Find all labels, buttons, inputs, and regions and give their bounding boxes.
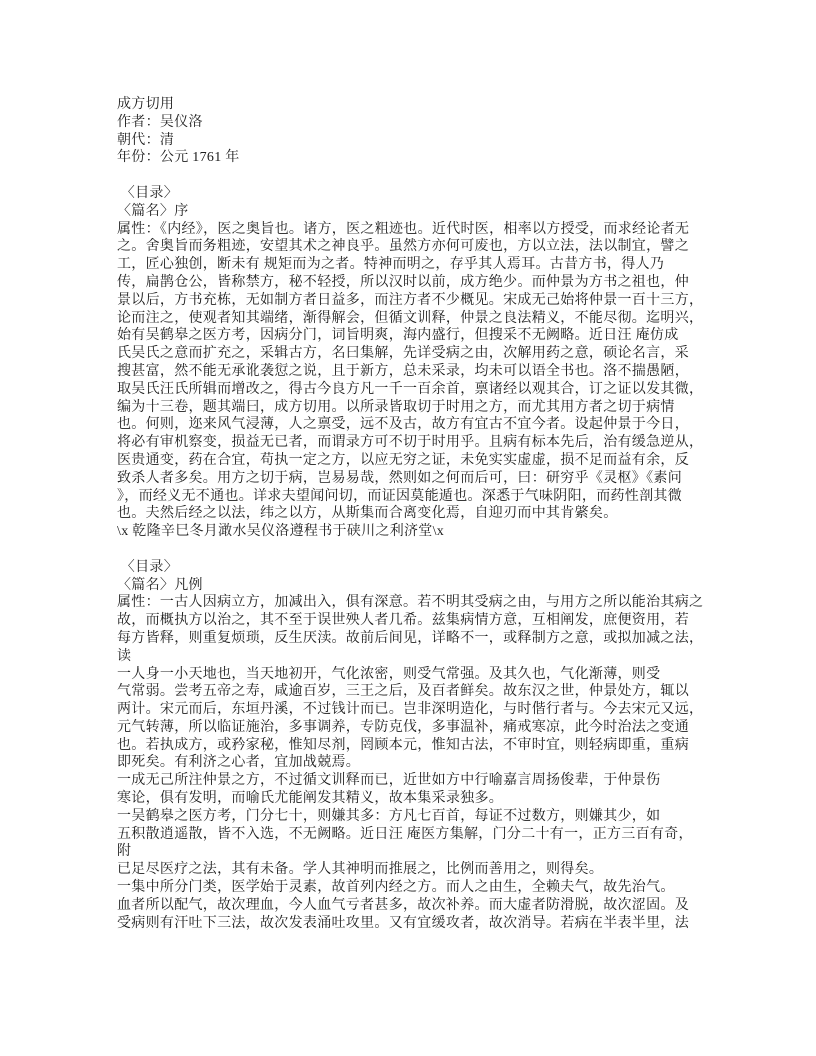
body-text-line: 属性：一古人因病立方，加减出入，俱有深意。若不明其受病之由，与用方之所以能治其病…: [117, 594, 717, 612]
body-text-line: 传，扁鹊仓公，皆称禁方，秘不轻授，所以汉时以前，成方绝少。而仲景为方书之祖也，仲: [117, 274, 717, 292]
body-text-line: 》，而经义无不通也。详求夫望闻问切，而证因莫能遁也。深悉于气味阴阳，而药性剖其微: [117, 488, 717, 506]
body-text-line: 附: [117, 843, 717, 861]
body-text-line: 读: [117, 648, 717, 666]
body-text-line: 将必有审机察变，损益无已者，而谓录方可不切于时用乎。且病有标本先后，治有缓急逆从…: [117, 434, 717, 452]
body-text-line: 也。夫然后经之以法，纬之以方，从斯集而合离变化焉，自迎刃而中其肯綮矣。: [117, 505, 717, 523]
section-title: 〈篇名〉凡例: [117, 577, 717, 595]
section-body: 属性：《内经》，医之奥旨也。诸方，医之粗迹也。近代时医，相率以方授受，而求经论者…: [117, 221, 717, 541]
body-text-line: 一成无己所注仲景之方，不过循文训释而已，近世如方中行喻嘉言周扬俊辈，于仲景伤: [117, 772, 717, 790]
body-text-line: 即死矣。有利济之心者，宜加战兢焉。: [117, 754, 717, 772]
body-text-line: 一集中所分门类，医学始于灵素，故首列内经之方。而人之由生，全赖夫气，故先治气。: [117, 879, 717, 897]
body-text-line: 气常弱。尝考五帝之寿，咸逾百岁，三王之后，及百者鲜矣。故东汉之世，仲景处方，辄以: [117, 683, 717, 701]
body-text-line: 也。若执成方，或矜家秘，惟知尽剂，罔顾本元，惟知古法，不审时宜，则轻病即重，重病: [117, 737, 717, 755]
body-text-line: 受病则有汗吐下三法，故次发表涌吐攻里。又有宜缓攻者，故次消导。若病在半表半里，法: [117, 915, 717, 933]
body-text-line: 已足尽医疗之法，其有未备。学人其神明而推展之，比例而善用之，则得矣。: [117, 861, 717, 879]
author-line: 作者：吴仪洛: [117, 114, 717, 132]
body-text-line: 致杀人者多矣。用方之切于病，岂易易哉，然则如之何而后可，曰：研穷乎《灵枢》《素问: [117, 470, 717, 488]
document-title: 成方切用: [117, 96, 717, 114]
body-text-line: 之。舍奥旨而务粗迹，安望其术之神良乎。虽然方亦何可废也，方以立法，法以制宜，譬之: [117, 238, 717, 256]
body-text-line: 工，匠心独创，断未有 规矩而为之者。特神而明之，存乎其人焉耳。古昔方书，得人乃: [117, 256, 717, 274]
body-text-line: 寒论，俱有发明，而喻氏尤能阐发其精义，故本集采录独多。: [117, 790, 717, 808]
body-text-line: 血者所以配气，故次理血，今人血气亏者甚多，故次补养。而大虚者防滑脱，故次涩固。及: [117, 897, 717, 915]
dynasty-line: 朝代：清: [117, 132, 717, 150]
body-text-line: 取吴氏汪氏所辑而增改之，得古今良方凡一千一百余首，禀诸经以观其合，订之证以发其微…: [117, 381, 717, 399]
body-text-line: 也。何则，迩来风气浸薄，人之禀受，远不及古，故方有宜古不宜今者。设起仲景于今日，: [117, 416, 717, 434]
section-title: 〈篇名〉序: [117, 203, 717, 221]
header-block: 成方切用 作者：吴仪洛 朝代：清 年份：公元 1761 年: [117, 96, 717, 167]
document-content: 成方切用 作者：吴仪洛 朝代：清 年份：公元 1761 年 〈目录〉 〈篇名〉序…: [117, 96, 717, 932]
body-text-line: 医贵通变，药在合宜，苟执一定之方，以应无穷之证，未免实实虚虚，损不足而益有余，反: [117, 452, 717, 470]
body-text-line: 故，而概执方以治之，其不至于误世殃人者几希。兹集病情方意，互相阐发，庶便资用，若: [117, 612, 717, 630]
body-text-line: 编为十三卷，题其端曰，成方切用。以所录皆取切于时用之方，而尤其用方者之切于病情: [117, 399, 717, 417]
body-text-line: 一人身一小天地也，当天地初开，气化浓密，则受气常强。及其久也，气化渐薄，则受: [117, 666, 717, 684]
body-text-line: 始有吴鹤皋之医方考，因病分门，词旨明爽，海内盛行，但搜采不无阙略。近日汪 庵仿成: [117, 327, 717, 345]
body-text-line: 搜甚富，然不能无承讹袭愆之说，且于新方，总未采录，均未可以语全书也。洛不揣愚陋，: [117, 363, 717, 381]
body-text-line: 每方皆释，则重复烦琐，反生厌渎。故前后间见，详略不一，或释制方之意，或拟加减之法…: [117, 630, 717, 648]
section-preface: 〈目录〉 〈篇名〉序 属性：《内经》，医之奥旨也。诸方，医之粗迹也。近代时医，相…: [117, 185, 717, 541]
body-text-line: 五积散逍遥散，皆不入选，不无阙略。近日汪 庵医方集解，门分二十有一，正方三百有奇…: [117, 826, 717, 844]
body-text-line: 氏吴氏之意而扩充之，采辑古方，名曰集解，先详受病之由，次解用药之意，硕论名言，采: [117, 345, 717, 363]
body-text-line: 元气转薄，所以临证施治，多事调养，专防克伐，多事温补，痛戒寒凉，此今时治法之变通: [117, 719, 717, 737]
section-fanli: 〈目录〉 〈篇名〉凡例 属性：一古人因病立方，加减出入，俱有深意。若不明其受病之…: [117, 559, 717, 933]
body-text-line: 论而注之，使观者知其端绪，渐得解会，但循文训释，仲景之良法精义，不能尽彻。迄明兴…: [117, 310, 717, 328]
year-line: 年份：公元 1761 年: [117, 149, 717, 167]
toc-label: 〈目录〉: [117, 185, 717, 203]
body-text-line: 一吴鹤皋之医方考，门分七十，则嫌其多：方凡七百首，每证不过数方，则嫌其少，如: [117, 808, 717, 826]
body-text-line: \x 乾隆辛巳冬月澉水吴仪洛遵程书于硖川之利济堂\x: [117, 523, 717, 541]
body-text-line: 景以后，方书充栋，无如制方者日益多，而注方者不少概见。宋成无己始将仲景一百十三方…: [117, 292, 717, 310]
body-text-line: 两计。宋元而后，东垣丹溪，不过钱计而已。岂非深明造化，与时偕行者与。今去宋元又远…: [117, 701, 717, 719]
section-body: 属性：一古人因病立方，加减出入，俱有深意。若不明其受病之由，与用方之所以能治其病…: [117, 594, 717, 932]
document-page: 成方切用 作者：吴仪洛 朝代：清 年份：公元 1761 年 〈目录〉 〈篇名〉序…: [0, 0, 816, 1056]
body-text-line: 属性：《内经》，医之奥旨也。诸方，医之粗迹也。近代时医，相率以方授受，而求经论者…: [117, 221, 717, 239]
toc-label: 〈目录〉: [117, 559, 717, 577]
